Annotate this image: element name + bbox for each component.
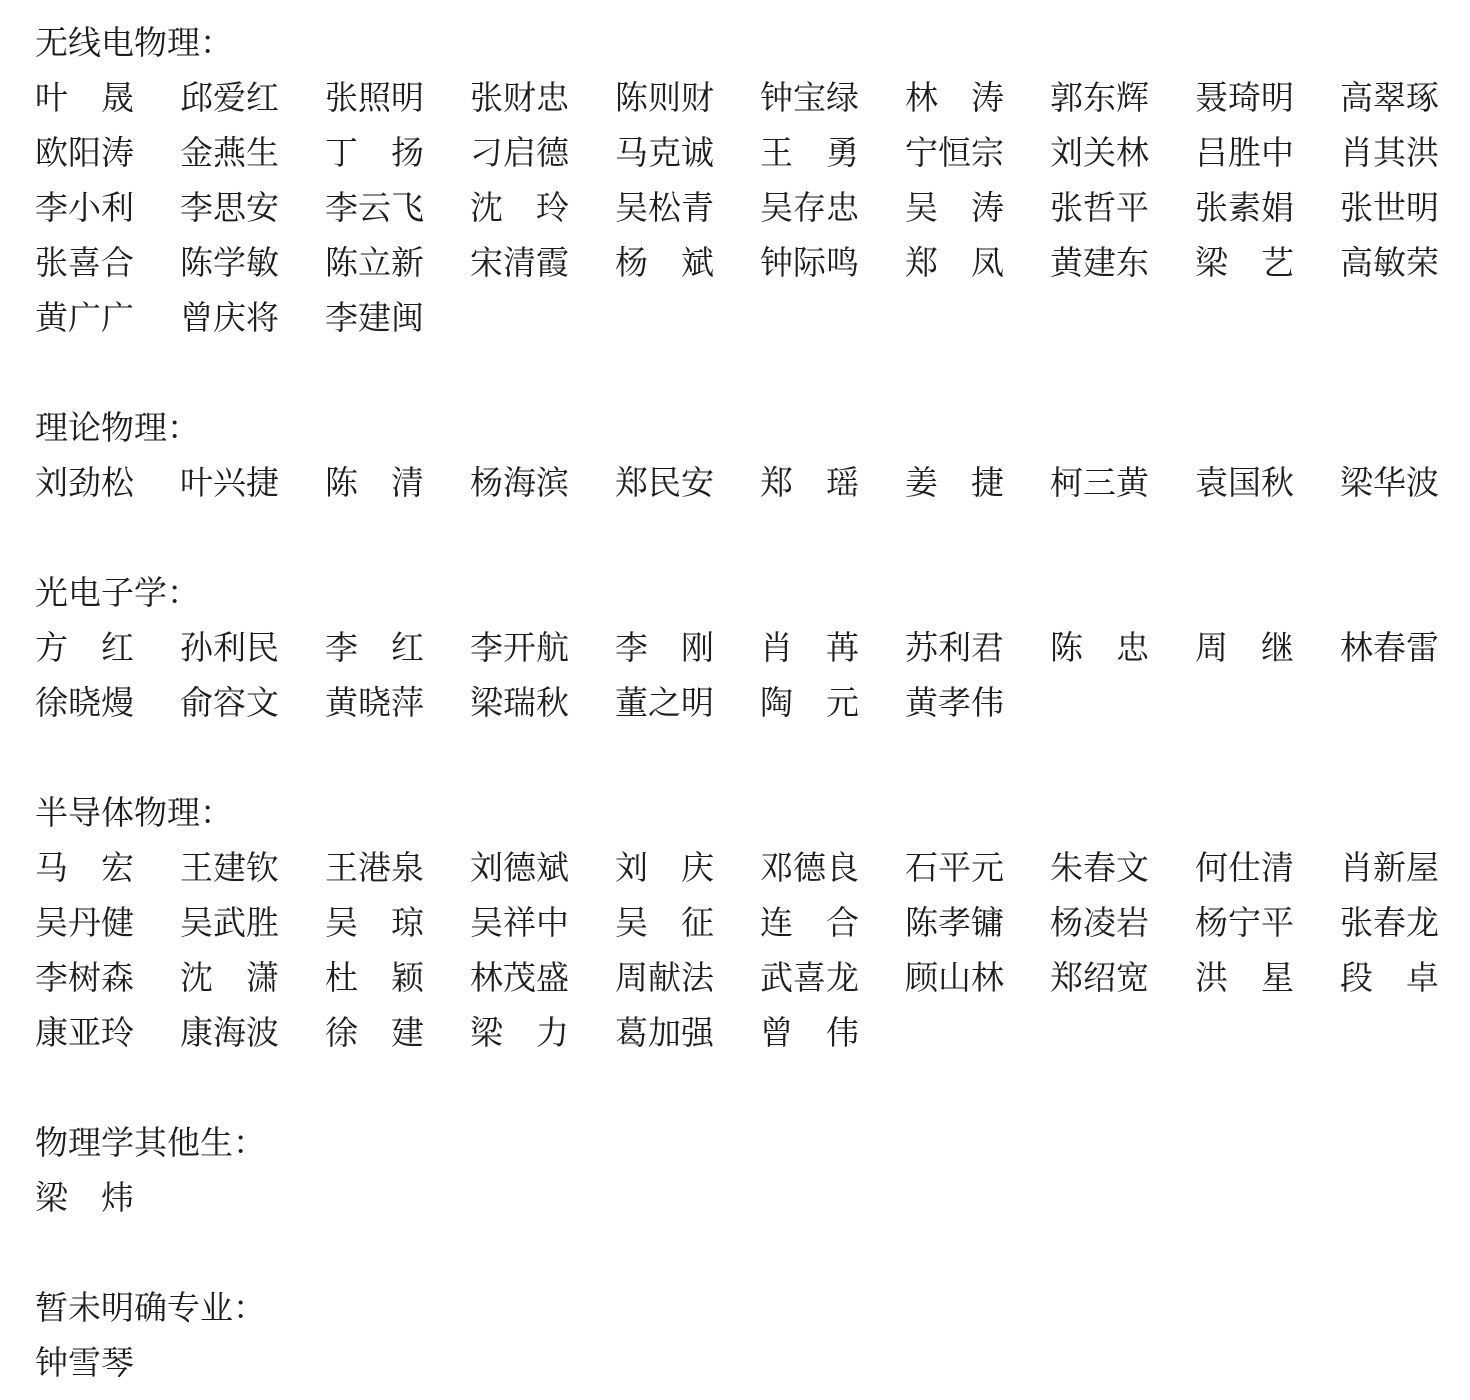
name-row: 叶 晟邱爱红张照明张财忠陈则财钟宝绿林 涛郭东辉聂琦明高翠琢: [35, 72, 1435, 127]
person-name: 郭东辉: [1050, 72, 1149, 127]
person-name: 马克诚: [615, 127, 714, 182]
person-name: 李 刚: [615, 622, 714, 677]
person-name: 顾山林: [905, 952, 1004, 1007]
name-list-section: 半导体物理：马 宏王建钦王港泉刘德斌刘 庆邓德良石平元朱春文何仕清肖新屋吴丹健吴…: [35, 787, 1435, 1062]
person-name: 马 宏: [35, 842, 134, 897]
person-name: 吴祥中: [470, 897, 569, 952]
person-name: 宋清霞: [470, 237, 569, 292]
person-name: 徐 建: [325, 1007, 424, 1062]
person-name: 张喜合: [35, 237, 134, 292]
person-name: 周 继: [1195, 622, 1294, 677]
person-name: 陈则财: [615, 72, 714, 127]
person-name: 陈 清: [325, 457, 424, 512]
person-name: 曾庆将: [180, 292, 279, 347]
person-name: 沈 玲: [470, 182, 569, 237]
person-name: 梁 炜: [35, 1172, 134, 1227]
person-name: 刘德斌: [470, 842, 569, 897]
person-name: 郑 凤: [905, 237, 1004, 292]
person-name: 叶 晟: [35, 72, 134, 127]
person-name: 黄建东: [1050, 237, 1149, 292]
person-name: 梁 力: [470, 1007, 569, 1062]
person-name: 杨凌岩: [1050, 897, 1149, 952]
person-name: 林 涛: [905, 72, 1004, 127]
name-row: 欧阳涛金燕生丁 扬刁启德马克诚王 勇宁恒宗刘关林吕胜中肖其洪: [35, 127, 1435, 182]
person-name: 苏利君: [905, 622, 1004, 677]
person-name: 张哲平: [1050, 182, 1149, 237]
person-name: 吴武胜: [180, 897, 279, 952]
person-name: 何仕清: [1195, 842, 1294, 897]
name-row: 梁 炜: [35, 1172, 1435, 1227]
person-name: 方 红: [35, 622, 134, 677]
person-name: 李开航: [470, 622, 569, 677]
person-name: 李小利: [35, 182, 134, 237]
person-name: 刘劲松: [35, 457, 134, 512]
person-name: 陈 忠: [1050, 622, 1149, 677]
person-name: 欧阳涛: [35, 127, 134, 182]
person-name: 黄广广: [35, 292, 134, 347]
person-name: 钟际鸣: [760, 237, 859, 292]
person-name: 杨 斌: [615, 237, 714, 292]
person-name: 袁国秋: [1195, 457, 1294, 512]
name-list-section: 光电子学：方 红孙利民李 红李开航李 刚肖 苒苏利君陈 忠周 继林春雷徐晓熳俞容…: [35, 567, 1435, 732]
name-row: 黄广广曾庆将李建闽: [35, 292, 1435, 347]
person-name: 张世明: [1340, 182, 1439, 237]
section-heading: 光电子学：: [35, 567, 1435, 622]
person-name: 葛加强: [615, 1007, 714, 1062]
person-name: 肖新屋: [1340, 842, 1439, 897]
person-name: 康海波: [180, 1007, 279, 1062]
person-name: 林茂盛: [470, 952, 569, 1007]
person-name: 王 勇: [760, 127, 859, 182]
person-name: 吴 涛: [905, 182, 1004, 237]
name-list-section: 暂未明确专业：钟雪琴: [35, 1282, 1435, 1392]
person-name: 金燕生: [180, 127, 279, 182]
name-row: 吴丹健吴武胜吴 琼吴祥中吴 征连 合陈孝镛杨凌岩杨宁平张春龙: [35, 897, 1435, 952]
person-name: 邓德良: [760, 842, 859, 897]
person-name: 武喜龙: [760, 952, 859, 1007]
name-list-section: 理论物理：刘劲松叶兴捷陈 清杨海滨郑民安郑 瑶姜 捷柯三黄袁国秋梁华波: [35, 402, 1435, 512]
person-name: 刘 庆: [615, 842, 714, 897]
person-name: 郑民安: [615, 457, 714, 512]
person-name: 李云飞: [325, 182, 424, 237]
person-name: 张素娟: [1195, 182, 1294, 237]
person-name: 黄孝伟: [905, 677, 1004, 732]
person-name: 肖 苒: [760, 622, 859, 677]
person-name: 连 合: [760, 897, 859, 952]
person-name: 康亚玲: [35, 1007, 134, 1062]
document: 无线电物理：叶 晟邱爱红张照明张财忠陈则财钟宝绿林 涛郭东辉聂琦明高翠琢欧阳涛金…: [0, 0, 1470, 1400]
person-name: 郑绍宽: [1050, 952, 1149, 1007]
person-name: 梁瑞秋: [470, 677, 569, 732]
person-name: 钟宝绿: [760, 72, 859, 127]
person-name: 李 红: [325, 622, 424, 677]
person-name: 张照明: [325, 72, 424, 127]
person-name: 杨海滨: [470, 457, 569, 512]
person-name: 沈 潇: [180, 952, 279, 1007]
person-name: 陈学敏: [180, 237, 279, 292]
name-row: 马 宏王建钦王港泉刘德斌刘 庆邓德良石平元朱春文何仕清肖新屋: [35, 842, 1435, 897]
section-heading: 半导体物理：: [35, 787, 1435, 842]
person-name: 高翠琢: [1340, 72, 1439, 127]
name-row: 张喜合陈学敏陈立新宋清霞杨 斌钟际鸣郑 凤黄建东梁 艺高敏荣: [35, 237, 1435, 292]
person-name: 吴 琼: [325, 897, 424, 952]
person-name: 杜 颖: [325, 952, 424, 1007]
person-name: 曾 伟: [760, 1007, 859, 1062]
person-name: 董之明: [615, 677, 714, 732]
person-name: 吴松青: [615, 182, 714, 237]
person-name: 李建闽: [325, 292, 424, 347]
person-name: 肖其洪: [1340, 127, 1439, 182]
name-row: 方 红孙利民李 红李开航李 刚肖 苒苏利君陈 忠周 继林春雷: [35, 622, 1435, 677]
name-list-section: 无线电物理：叶 晟邱爱红张照明张财忠陈则财钟宝绿林 涛郭东辉聂琦明高翠琢欧阳涛金…: [35, 17, 1435, 347]
name-list-section: 物理学其他生：梁 炜: [35, 1117, 1435, 1227]
person-name: 张财忠: [470, 72, 569, 127]
person-name: 梁 艺: [1195, 237, 1294, 292]
name-row: 徐晓熳俞容文黄晓萍梁瑞秋董之明陶 元黄孝伟: [35, 677, 1435, 732]
person-name: 邱爱红: [180, 72, 279, 127]
person-name: 叶兴捷: [180, 457, 279, 512]
person-name: 陈孝镛: [905, 897, 1004, 952]
person-name: 刁启德: [470, 127, 569, 182]
name-row: 康亚玲康海波徐 建梁 力葛加强曾 伟: [35, 1007, 1435, 1062]
section-heading: 暂未明确专业：: [35, 1282, 1435, 1337]
person-name: 高敏荣: [1340, 237, 1439, 292]
person-name: 李思安: [180, 182, 279, 237]
name-row: 李树森沈 潇杜 颖林茂盛周献法武喜龙顾山林郑绍宽洪 星段 卓: [35, 952, 1435, 1007]
person-name: 林春雷: [1340, 622, 1439, 677]
person-name: 张春龙: [1340, 897, 1439, 952]
section-heading: 理论物理：: [35, 402, 1435, 457]
person-name: 吕胜中: [1195, 127, 1294, 182]
person-name: 吴 征: [615, 897, 714, 952]
person-name: 姜 捷: [905, 457, 1004, 512]
name-row: 钟雪琴: [35, 1337, 1435, 1392]
person-name: 钟雪琴: [35, 1337, 134, 1392]
name-row: 刘劲松叶兴捷陈 清杨海滨郑民安郑 瑶姜 捷柯三黄袁国秋梁华波: [35, 457, 1435, 512]
person-name: 宁恒宗: [905, 127, 1004, 182]
person-name: 徐晓熳: [35, 677, 134, 732]
person-name: 聂琦明: [1195, 72, 1294, 127]
person-name: 吴存忠: [760, 182, 859, 237]
person-name: 杨宁平: [1195, 897, 1294, 952]
person-name: 朱春文: [1050, 842, 1149, 897]
person-name: 陈立新: [325, 237, 424, 292]
person-name: 吴丹健: [35, 897, 134, 952]
person-name: 孙利民: [180, 622, 279, 677]
person-name: 柯三黄: [1050, 457, 1149, 512]
name-row: 李小利李思安李云飞沈 玲吴松青吴存忠吴 涛张哲平张素娟张世明: [35, 182, 1435, 237]
person-name: 丁 扬: [325, 127, 424, 182]
person-name: 洪 星: [1195, 952, 1294, 1007]
person-name: 周献法: [615, 952, 714, 1007]
person-name: 刘关林: [1050, 127, 1149, 182]
person-name: 石平元: [905, 842, 1004, 897]
person-name: 陶 元: [760, 677, 859, 732]
person-name: 王港泉: [325, 842, 424, 897]
person-name: 黄晓萍: [325, 677, 424, 732]
section-heading: 物理学其他生：: [35, 1117, 1435, 1172]
person-name: 王建钦: [180, 842, 279, 897]
person-name: 梁华波: [1340, 457, 1439, 512]
person-name: 郑 瑶: [760, 457, 859, 512]
person-name: 段 卓: [1340, 952, 1439, 1007]
section-heading: 无线电物理：: [35, 17, 1435, 72]
person-name: 俞容文: [180, 677, 279, 732]
person-name: 李树森: [35, 952, 134, 1007]
